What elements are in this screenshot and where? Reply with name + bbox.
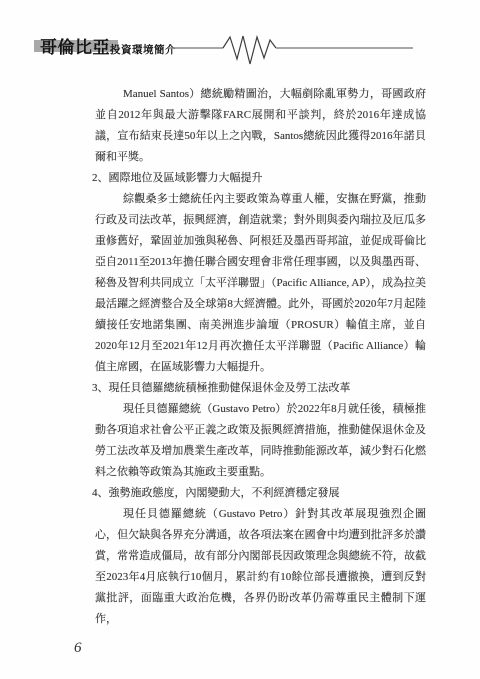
section-2: 2、國際地位及區域影響力大幅提升 綜觀桑多士總統任內主要政策為尊重人權，安撫在野…	[95, 168, 426, 378]
document-page: 哥倫比亞投資環境簡介 Manuel Santos）總統勵精圖治，大幅剷除亂軍勢力…	[0, 0, 480, 679]
page-header: 哥倫比亞投資環境簡介	[40, 33, 450, 69]
page-title-subtitle: 投資環境簡介	[110, 44, 176, 56]
section-3-paragraph: 現任貝德羅總統（Gustavo Petro）於2022年8月就任後，積極推動各項…	[95, 399, 426, 483]
header-title: 哥倫比亞投資環境簡介	[40, 33, 176, 58]
section-2-paragraph: 綜觀桑多士總統任內主要政策為尊重人權，安撫在野黨，推動行政及司法改革，振興經濟，…	[95, 189, 426, 378]
section-3: 3、現任貝德羅總統積極推動健保退休金及勞工法改革 現任貝德羅總統（Gustavo…	[95, 378, 426, 483]
section-4-paragraph: 現任貝德羅總統（Gustavo Petro）針對其改革展現強烈企圖心，但欠缺與各…	[95, 504, 426, 630]
section-4-heading: 4、強勢施政態度，內閣變動大，不利經濟穩定發展	[92, 483, 426, 504]
page-title: 哥倫比亞	[40, 38, 110, 57]
section-4: 4、強勢施政態度，內閣變動大，不利經濟穩定發展 現任貝德羅總統（Gustavo …	[95, 483, 426, 630]
pulse-zigzag-decoration	[168, 33, 413, 69]
section-3-heading: 3、現任貝德羅總統積極推動健保退休金及勞工法改革	[92, 378, 426, 399]
document-body: Manuel Santos）總統勵精圖治，大幅剷除亂軍勢力，哥國政府並自2012…	[95, 84, 426, 630]
paragraph-opening-continuation: Manuel Santos）總統勵精圖治，大幅剷除亂軍勢力，哥國政府並自2012…	[95, 84, 426, 168]
section-2-heading: 2、國際地位及區域影響力大幅提升	[92, 168, 426, 189]
page-number: 6	[74, 640, 82, 657]
